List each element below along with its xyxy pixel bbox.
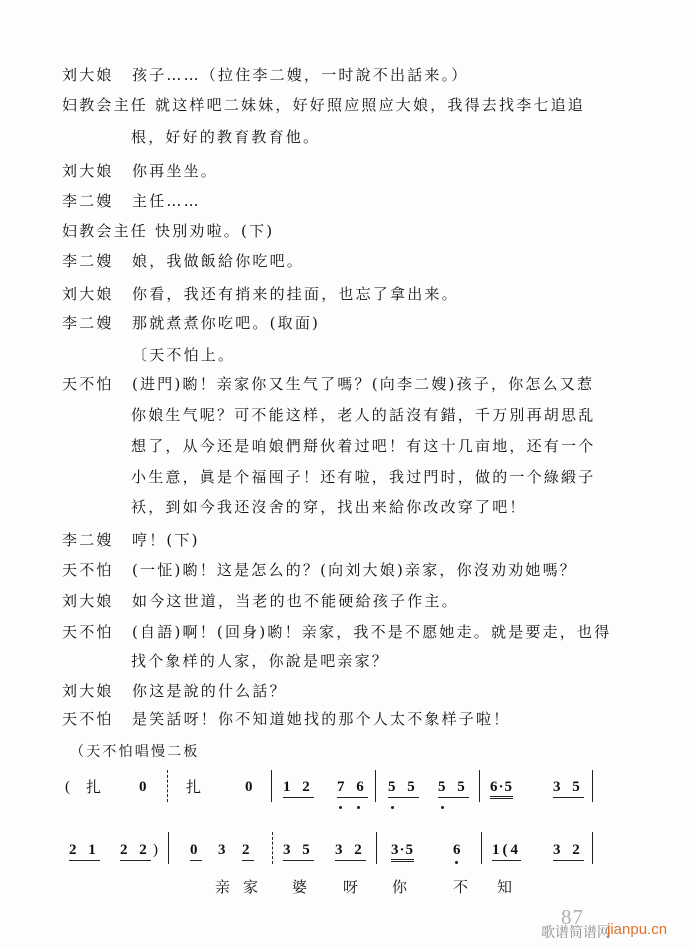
lyric-char: 家 (243, 878, 258, 896)
note-group: 3·5 (391, 842, 414, 862)
low-octave-dot (357, 806, 360, 809)
barline (271, 770, 272, 802)
dialogue-line: 那就煮煮你吃吧。(取面) (132, 313, 320, 333)
dialogue-line: 你看，我还有捎来的挂面，也忘了拿出来。 (132, 284, 459, 304)
close-paren: ) (153, 842, 162, 858)
barline (168, 832, 169, 864)
lyric-char: 你 (392, 878, 407, 896)
dialogue-line: (进門)喲！亲家你又生气了嗎？(向李二嫂)孩子，你怎么又惹 (132, 374, 594, 394)
note-group: 2 1 (69, 842, 100, 861)
note: 6 (453, 842, 465, 858)
watermark-site-name: 歌谱简谱网 (541, 922, 611, 942)
watermark-domain: jianpu.cn (607, 921, 667, 938)
barline (481, 832, 482, 864)
dialogue-line: 娘，我做飯給你吃吧。 (132, 251, 304, 271)
note-group: 5 5 (438, 779, 469, 798)
dialogue-line: 袄，到如今我还沒舍的穿，找出来給你改改穿了吧！ (131, 497, 527, 517)
barline (167, 770, 168, 802)
dialogue-line: 如今这世道，当老的也不能硬給孩子作主。 (132, 591, 459, 611)
speaker-name: 李二嫂 (62, 313, 114, 333)
rest-note: 0 (245, 779, 257, 795)
barline (272, 832, 273, 864)
percussion-syllable: 扎 (186, 779, 201, 795)
note-group: 3 5 (553, 779, 584, 798)
barline (376, 832, 377, 864)
barline (592, 832, 593, 864)
dialogue-line: 就这样吧二妹妹，好好照应照应大娘，我得去找李七追追 (155, 95, 585, 115)
speaker-name: 天不怕 (62, 709, 114, 729)
lyric-char: 亲 (215, 878, 230, 896)
dialogue-line: 你这是說的什么話？ (132, 681, 287, 701)
dialogue-line: 根，好好的教育教育他。 (131, 127, 320, 147)
dialogue-line: 哼！(下) (132, 530, 200, 550)
dialogue-line: 找个象样的人家，你說是吧亲家？ (131, 651, 389, 671)
low-octave-dot (339, 806, 342, 809)
stage-direction: 〔天不怕上。 (132, 345, 235, 365)
speaker-name: 天不怕 (62, 622, 114, 642)
percussion-syllable: 扎 (86, 779, 101, 795)
note-group: 6·5 (490, 779, 513, 799)
dialogue-line: 主任…… (132, 191, 201, 211)
speaker-name: 刘大娘 (62, 591, 114, 611)
note-group: 3 5 (283, 842, 314, 861)
dialogue-line: 你再坐坐。 (132, 161, 218, 181)
dialogue-line: (自語)啊！(回身)喲！亲家，我不是不愿她走。就是要走，也得 (132, 622, 611, 642)
dialogue-line: 你娘生气呢？可不能这样，老人的話沒有錯，千万別再胡思乱 (131, 405, 595, 425)
note-group: 1 2 (283, 779, 314, 798)
speaker-name: 刘大娘 (62, 681, 114, 701)
speaker-name: 妇教会主任 (62, 221, 148, 241)
open-paren: ( (65, 779, 74, 795)
speaker-name: 刘大娘 (62, 161, 114, 181)
speaker-name: 刘大娘 (62, 284, 114, 304)
dialogue-line: 快別劝啦。(下) (155, 221, 274, 241)
dialogue-line: (一怔)喲！这是怎么的？(向刘大娘)亲家，你沒劝劝她嗎？ (132, 560, 577, 580)
lyric-char: 不 (453, 878, 468, 896)
note-group: 5 5 (388, 779, 419, 798)
note: 2 (242, 842, 254, 861)
speaker-name: 李二嫂 (62, 191, 114, 211)
dialogue-line: 孩子……（拉住李二嫂，一时說不出話来。） (132, 65, 469, 85)
note: 3 (218, 842, 230, 858)
lyric-char: 知 (497, 878, 512, 896)
speaker-name: 李二嫂 (62, 251, 114, 271)
speaker-name: 妇教会主任 (62, 95, 148, 115)
song-intro: （天不怕唱慢二板 (70, 742, 200, 762)
barline (479, 770, 480, 802)
low-octave-dot (441, 806, 444, 809)
lyric-char: 婆 (292, 878, 307, 896)
dialogue-line: 是笑話呀！你不知道她找的那个人太不象样子啦！ (132, 709, 510, 729)
lyric-char: 呀 (343, 878, 358, 896)
barline (375, 770, 376, 802)
speaker-name: 李二嫂 (62, 530, 114, 550)
dialogue-line: 小生意，眞是个福囤子！还有啦，我过門时，做的一个綠緞子 (131, 467, 595, 487)
barline (592, 770, 593, 802)
rest-note: 0 (190, 842, 202, 861)
script-page: 刘大娘 孩子……（拉住李二嫂，一时說不出話来。） 妇教会主任 就这样吧二妹妹，好… (0, 0, 690, 947)
note-group: 2 2 (120, 842, 151, 861)
speaker-name: 刘大娘 (62, 65, 114, 85)
note-group: 1(4 (492, 842, 521, 861)
note-group: 3 2 (335, 842, 366, 861)
speaker-name: 天不怕 (62, 560, 114, 580)
note-group: 7 6 (337, 779, 368, 798)
speaker-name: 天不怕 (62, 374, 114, 394)
low-octave-dot (455, 861, 458, 864)
dialogue-line: 想了，从今还是咱娘們搿伙着过吧！有这十几亩地，还有一个 (131, 436, 595, 456)
rest-note: 0 (139, 779, 151, 795)
low-octave-dot (391, 806, 394, 809)
note-group: 3 2 (553, 842, 584, 861)
